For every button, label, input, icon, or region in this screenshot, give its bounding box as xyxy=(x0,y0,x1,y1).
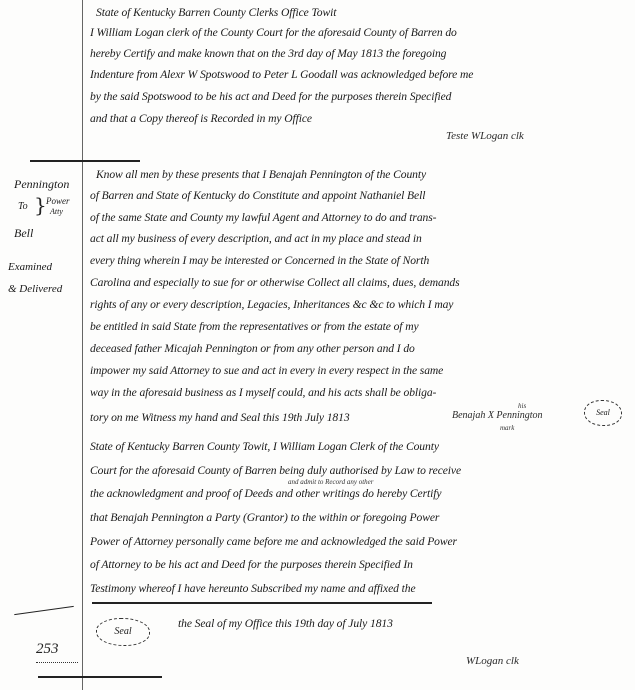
document-page: State of Kentucky Barren County Clerks O… xyxy=(0,0,635,690)
poa-line: Carolina and especially to sue for or ot… xyxy=(90,276,460,289)
poa-line: rights of any or every description, Lega… xyxy=(90,298,453,311)
certificate-2-line: the acknowledgment and proof of Deeds an… xyxy=(90,487,441,500)
certificate-1-line: Indenture from Alexr W Spotswood to Pete… xyxy=(90,68,473,81)
poa-line: of Barren and State of Kentucky do Const… xyxy=(90,189,425,202)
certificate-1-line: by the said Spotswood to be his act and … xyxy=(90,90,451,103)
teste-signature: Teste WLogan clk xyxy=(446,130,524,142)
signature-mark: mark xyxy=(500,424,514,432)
poa-line: impower my said Attorney to sue and act … xyxy=(90,364,443,377)
section-divider xyxy=(30,160,140,162)
certificate-1-line: I William Logan clerk of the County Cour… xyxy=(90,26,457,39)
poa-line: way in the aforesaid business as I mysel… xyxy=(90,386,436,399)
margin-instrument-2: Atty xyxy=(50,207,63,216)
brace-icon: } xyxy=(34,193,47,217)
poa-line: deceased father Micajah Pennington or fr… xyxy=(90,342,415,355)
section-divider xyxy=(92,602,432,604)
certificate-2-line: the Seal of my Office this 19th day of J… xyxy=(178,617,393,630)
page-number: 253 xyxy=(36,641,59,658)
margin-grantor: Pennington xyxy=(14,177,69,192)
interlineation: and admit to Record any other xyxy=(288,478,373,486)
poa-line: every thing wherein I may be interested … xyxy=(90,254,429,267)
poa-line: act all my business of every description… xyxy=(90,232,422,245)
certificate-2-line: State of Kentucky Barren County Towit, I… xyxy=(90,440,439,453)
certificate-1-line: and that a Copy thereof is Recorded in m… xyxy=(90,112,312,125)
certificate-2-line: Court for the aforesaid County of Barren… xyxy=(90,464,461,477)
grantor-seal: Seal xyxy=(584,400,622,426)
poa-line: be entitled in said State from the repre… xyxy=(90,320,419,333)
margin-to: To xyxy=(18,201,28,212)
margin-examined: Examined xyxy=(8,261,52,273)
poa-line: Know all men by these presents that I Be… xyxy=(96,168,426,181)
grantor-signature: Benajah X Pennington xyxy=(452,410,543,421)
office-seal: Seal xyxy=(96,618,150,646)
certificate-2-line: of Attorney to be his act and Deed for t… xyxy=(90,558,413,571)
page-number-underline xyxy=(36,662,78,663)
certificate-2-line: Power of Attorney personally came before… xyxy=(90,535,457,548)
clerk-signature: WLogan clk xyxy=(466,655,519,667)
margin-instrument-1: Power xyxy=(46,196,70,206)
certificate-1-line: State of Kentucky Barren County Clerks O… xyxy=(96,6,336,19)
margin-grantee: Bell xyxy=(14,226,33,241)
margin-rule xyxy=(82,0,83,690)
certificate-1-line: hereby Certify and make known that on th… xyxy=(90,47,446,60)
certificate-2-line: that Benajah Pennington a Party (Grantor… xyxy=(90,511,439,524)
margin-stroke xyxy=(14,606,74,615)
certificate-2-line: Testimony whereof I have hereunto Subscr… xyxy=(90,582,415,595)
margin-delivered: & Delivered xyxy=(8,283,62,295)
bottom-rule xyxy=(38,676,162,678)
poa-line: of the same State and County my lawful A… xyxy=(90,211,436,224)
poa-line: tory on me Witness my hand and Seal this… xyxy=(90,411,350,424)
signature-his: his xyxy=(518,402,526,410)
